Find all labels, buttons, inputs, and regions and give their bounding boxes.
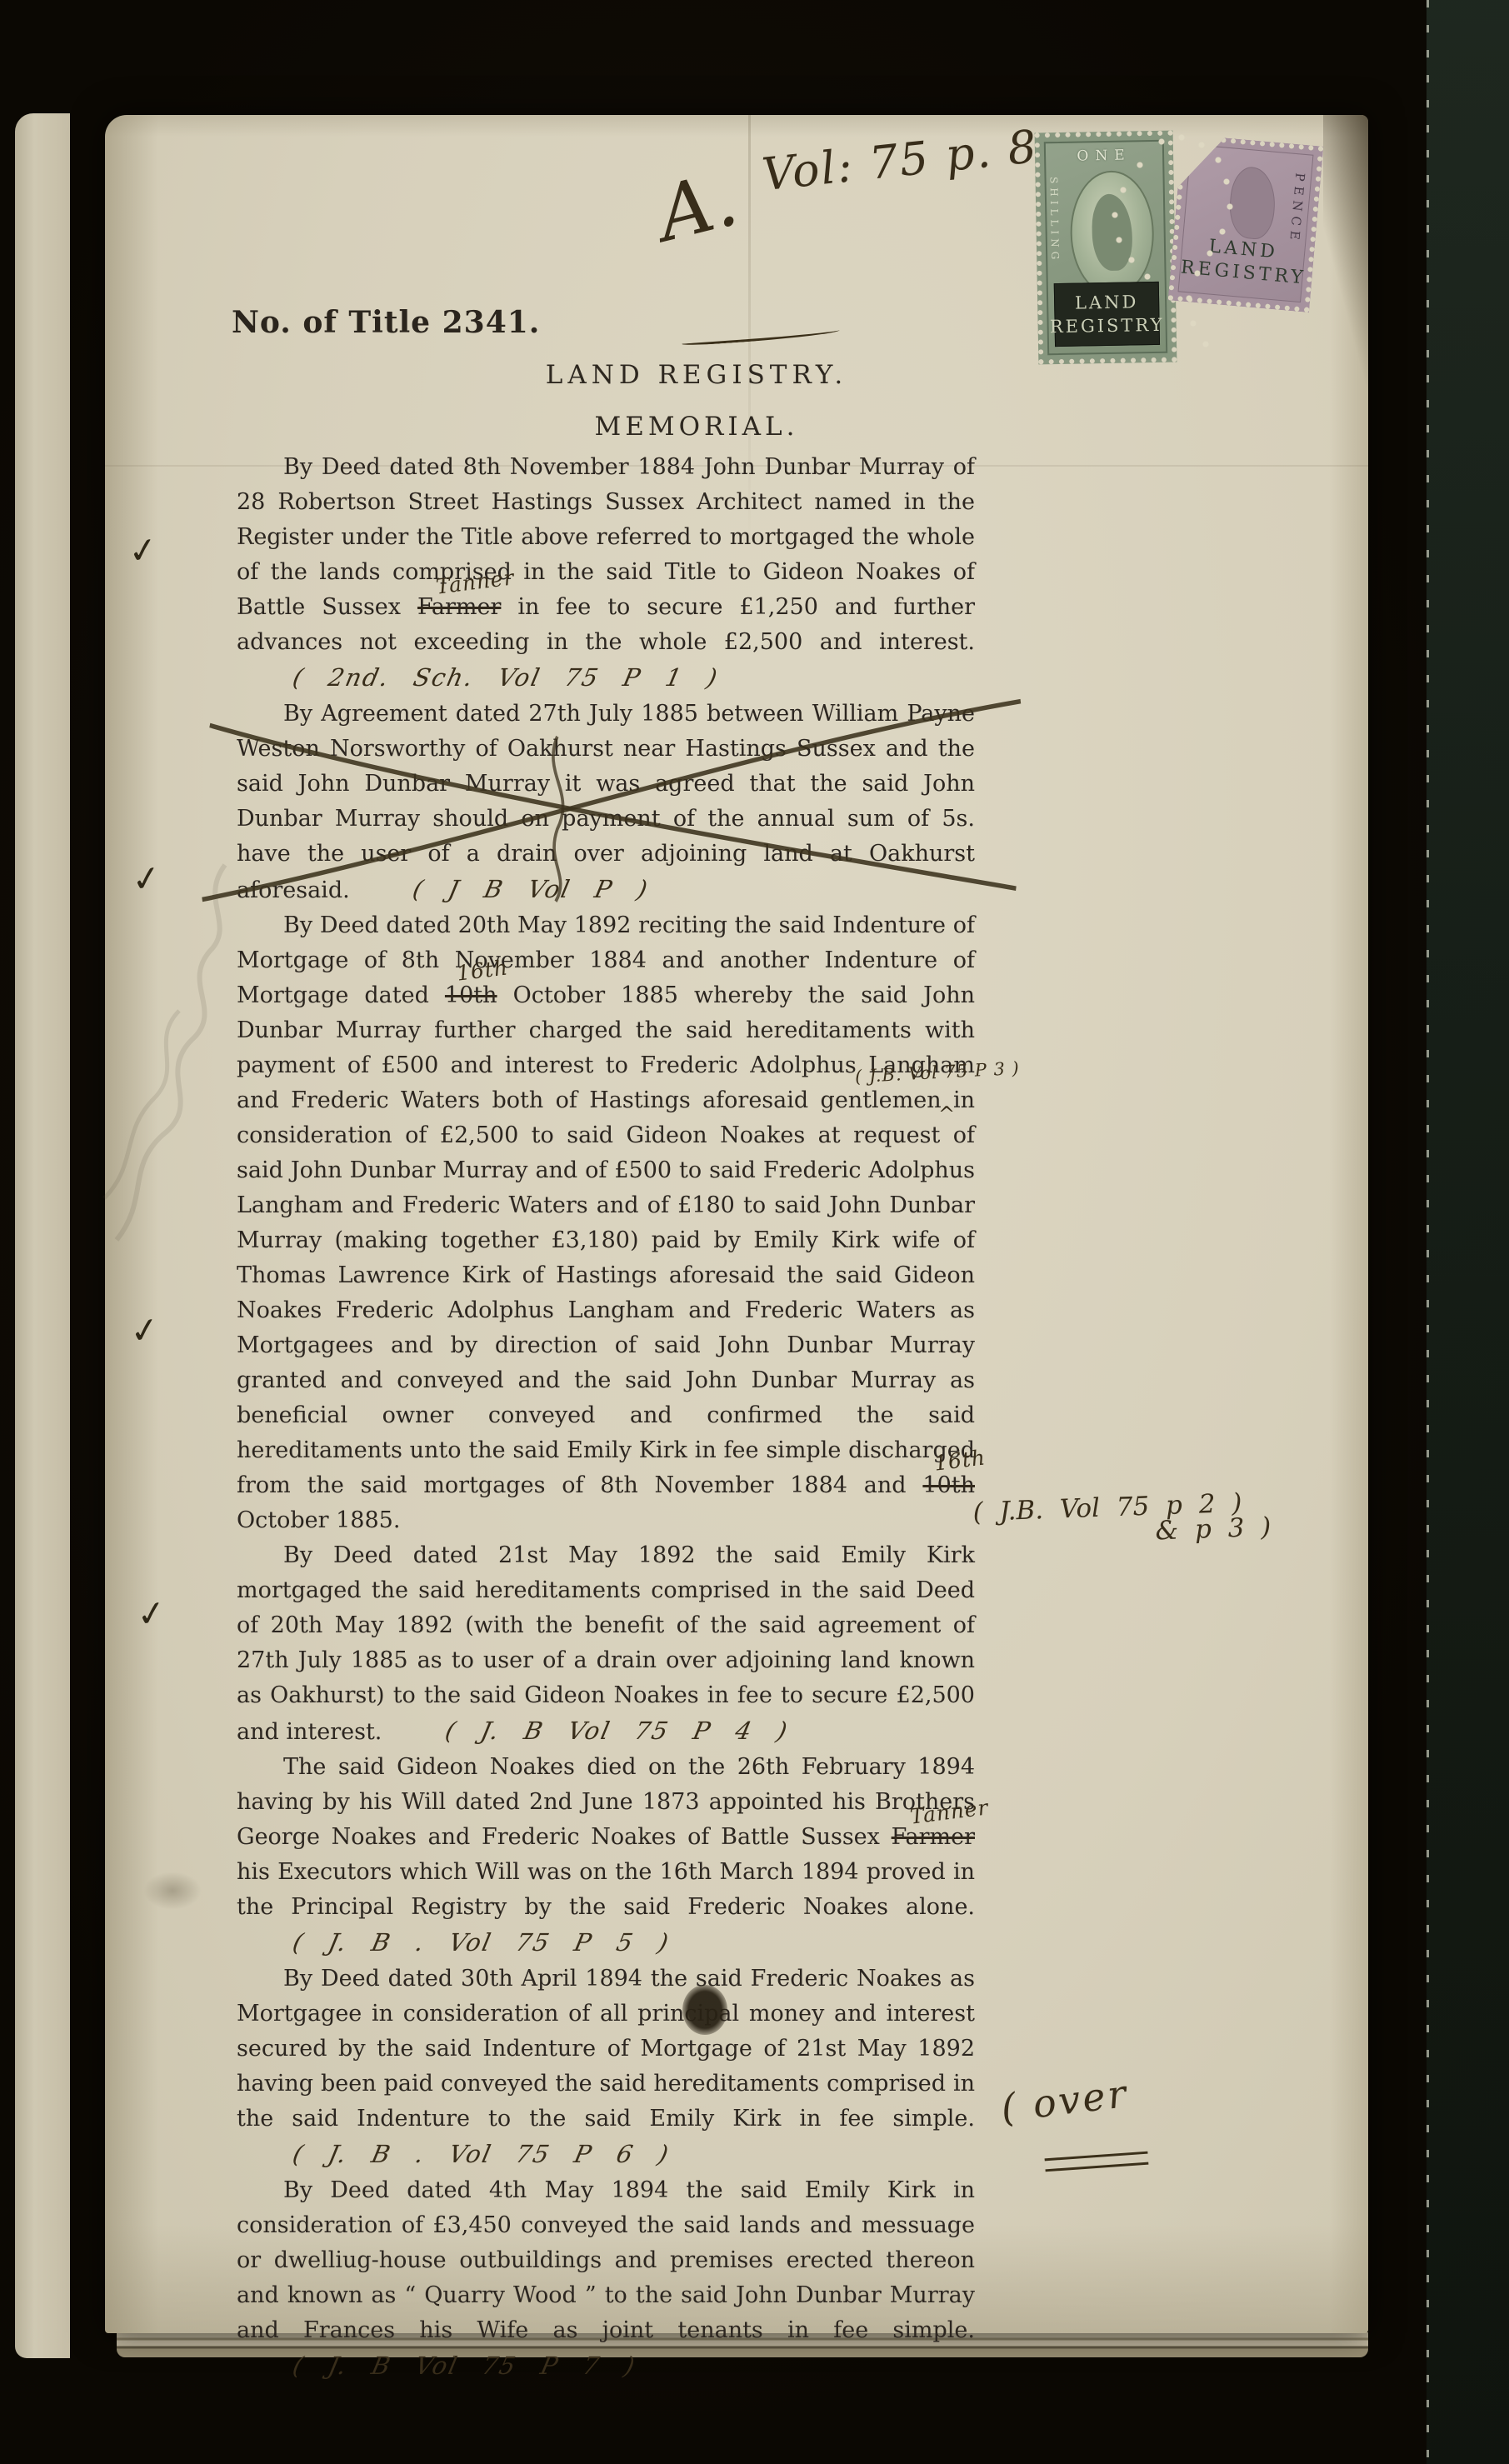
memorial-text-block: By Deed dated 8th November 1884 John Dun…: [237, 450, 975, 2385]
book-cover-leather: [1427, 0, 1509, 2464]
scanned-memorial-photo: Vol: 75 p. 8. A. ONE SHILLING LAND REGIS…: [0, 0, 1509, 2464]
stamp-pence-label: PENCE: [1287, 172, 1307, 246]
land-registry-heading: LAND REGISTRY.: [438, 360, 955, 390]
memorial-heading: MEMORIAL.: [438, 412, 955, 442]
margin-checkmark: ✓: [127, 1308, 162, 1352]
stamp-frame: ONE SHILLING LAND REGISTRY: [1044, 140, 1167, 355]
margin-checkmark: ✓: [126, 528, 161, 572]
queen-silhouette: [1227, 165, 1278, 240]
ink-blotted-word: principal: [637, 1997, 739, 2032]
overprint-line: REGISTRY: [1050, 314, 1165, 337]
turn-over-note: ( over: [998, 2071, 1131, 2131]
handwritten-correction: 16th: [932, 1440, 988, 1481]
stamp-frame: PENCE LAND REGISTRY: [1178, 144, 1314, 302]
revenue-stamp-green: ONE SHILLING LAND REGISTRY: [1035, 131, 1177, 365]
corrected-word: 16th10th: [922, 1468, 975, 1503]
memorial-paragraph: By Deed dated 20th May 1892 reciting the…: [237, 908, 975, 1538]
stamp-value-label: ONE: [1046, 147, 1162, 165]
printed-text: By Deed dated 4th May 1894 the said Emil…: [237, 2177, 975, 2343]
overprint-line: LAND: [1075, 291, 1139, 313]
corrected-word: 16th10th: [445, 978, 497, 1013]
memorial-paragraph: The said Gideon Noakes died on the 26th …: [237, 1750, 975, 1962]
memorial-paragraph: By Deed dated 4th May 1894 the said Emil…: [237, 2173, 975, 2385]
faint-pencil-marginalia: [100, 807, 242, 1257]
margin-checkmark: ✓: [134, 1592, 169, 1636]
inserted-reference: ( J.B. Vol 75 P 3 ): [854, 1051, 1021, 1094]
cover-stitching: [1427, 0, 1429, 2464]
printed-text: consideration of £2,500 to said Gideon N…: [237, 1122, 975, 1498]
handwritten-reference: ( J. B Vol 75 P 7 ): [243, 2348, 640, 2383]
ink-smudge: [143, 1872, 202, 1910]
handwritten-correction: 16th: [454, 950, 510, 991]
printed-text: in: [953, 1087, 975, 1113]
corrected-word: TannerFarmer: [417, 590, 501, 625]
caret-insertion: ( J.B. Vol 75 P 3 )in: [953, 1083, 975, 1118]
handwritten-volume-ref: Vol: 75 p. 8.: [760, 118, 1057, 201]
memorial-paragraph: By Deed dated 8th November 1884 John Dun…: [237, 450, 975, 697]
land-registry-overprint: LAND REGISTRY: [1054, 282, 1160, 347]
queen-silhouette: [1092, 193, 1133, 271]
page-corner-shadow: [1323, 115, 1368, 415]
handwritten-reference: ( 2nd. Sch. Vol 75 P 1 ): [243, 660, 722, 695]
memorial-paragraph-crossed-out: By Agreement dated 27th July 1885 betwee…: [237, 697, 975, 908]
corrected-word: TannerFarmer: [892, 1820, 975, 1855]
printed-text: October 1885.: [237, 1507, 400, 1533]
printed-text: his Executors which Will was on the 16th…: [237, 1859, 975, 1920]
handwritten-reference: ( J. B . Vol 75 P 5 ): [243, 1925, 673, 1960]
handwritten-reference: ( J. B Vol 75 P 4 ): [396, 1713, 792, 1748]
margin-checkmark: ✓: [129, 857, 164, 901]
handwritten-reference: ( J B Vol P ): [363, 872, 652, 907]
over-note-underline: [1045, 2152, 1149, 2172]
memorial-paragraph: By Deed dated 21st May 1892 the said Emi…: [237, 1538, 975, 1750]
handwritten-reference: ( J. B . Vol 75 P 6 ): [243, 2137, 673, 2172]
handwritten-initial: A.: [649, 155, 746, 259]
title-number: No. of Title 2341.: [232, 305, 540, 340]
printed-text: The said Gideon Noakes died on the 26th …: [237, 1754, 975, 1850]
queen-victoria-portrait: [1069, 170, 1155, 297]
revenue-stamp-lilac: PENCE LAND REGISTRY: [1168, 134, 1324, 312]
memorial-page: Vol: 75 p. 8. A. ONE SHILLING LAND REGIS…: [105, 115, 1368, 2333]
facing-page-edge: [15, 113, 70, 2358]
stamp-shilling-label: SHILLING: [1048, 177, 1062, 263]
land-registry-overprint: LAND REGISTRY: [1180, 233, 1305, 291]
handwritten-flourish: [682, 327, 840, 346]
handwritten-margin-reference: ( J.B. Vol 75 p 2 ) & p 3 ): [972, 1482, 1407, 1552]
memorial-paragraph: By Deed dated 30th April 1894 the said F…: [237, 1962, 975, 2173]
